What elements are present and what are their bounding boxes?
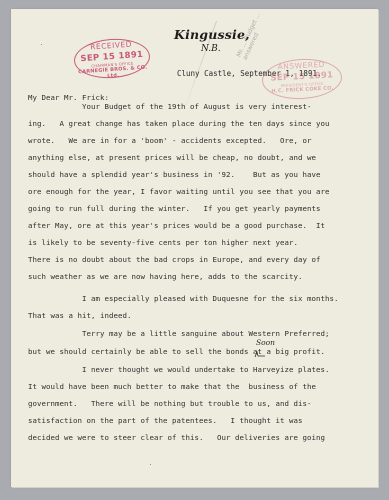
body-line: government. There will be nothing but tr… <box>28 399 311 408</box>
body-line: should have a splendid year's business i… <box>28 170 320 179</box>
paper-speck <box>41 44 42 45</box>
body-line: Terry may be a little sanguine about Wes… <box>82 329 329 338</box>
paper-mark <box>34 314 37 315</box>
letterhead-place: Kingussie, <box>174 27 250 42</box>
body-line: but we should certainly be able to sell … <box>28 347 325 356</box>
body-line: ing. A great change has taken place duri… <box>28 119 329 128</box>
body-line: I am especially pleased with Duquesne fo… <box>82 294 338 303</box>
body-line: such weather as we are now having here, … <box>28 272 302 281</box>
letter-page: Mr. ... Budget ... answered Kingussie, N… <box>11 9 378 487</box>
insertion-caret-icon <box>254 351 266 358</box>
received-stamp: RECEIVED SEP 15 1891 CHAIRMAN'S OFFICE C… <box>73 36 152 80</box>
body-line: anything else, at present prices will be… <box>28 153 316 162</box>
body-line: Your Budget of the 19th of August is ver… <box>82 102 311 111</box>
answered-stamp: ANSWERED SEP 15 1891 PRESIDENT'S OFFICE … <box>261 57 343 101</box>
body-line: There is no doubt about the bad crops in… <box>28 255 320 264</box>
body-line: going to run full during the winter. If … <box>28 204 320 213</box>
handwritten-insertion: Soon <box>256 338 275 347</box>
body-line: It would have been much better to make t… <box>28 382 316 391</box>
body-line: I never thought we would undertake to Ha… <box>82 365 329 374</box>
body-line: satisfaction on the part of the patentee… <box>28 416 302 425</box>
body-line: ore enough for the year, I favor waiting… <box>28 187 329 196</box>
paper-speck <box>150 464 151 465</box>
body-line: after May, ore at this year's prices wou… <box>28 221 325 230</box>
letterhead-region: N.B. <box>201 44 221 54</box>
salutation: My Dear Mr. Frick: <box>28 93 109 102</box>
body-line: That was a hit, indeed. <box>28 311 132 320</box>
body-line: decided we were to steer clear of this. … <box>28 433 325 442</box>
body-line: wrote. We are in for a 'boom' - accident… <box>28 136 311 145</box>
body-line: is likely to be seventy-five cents per t… <box>28 238 298 247</box>
